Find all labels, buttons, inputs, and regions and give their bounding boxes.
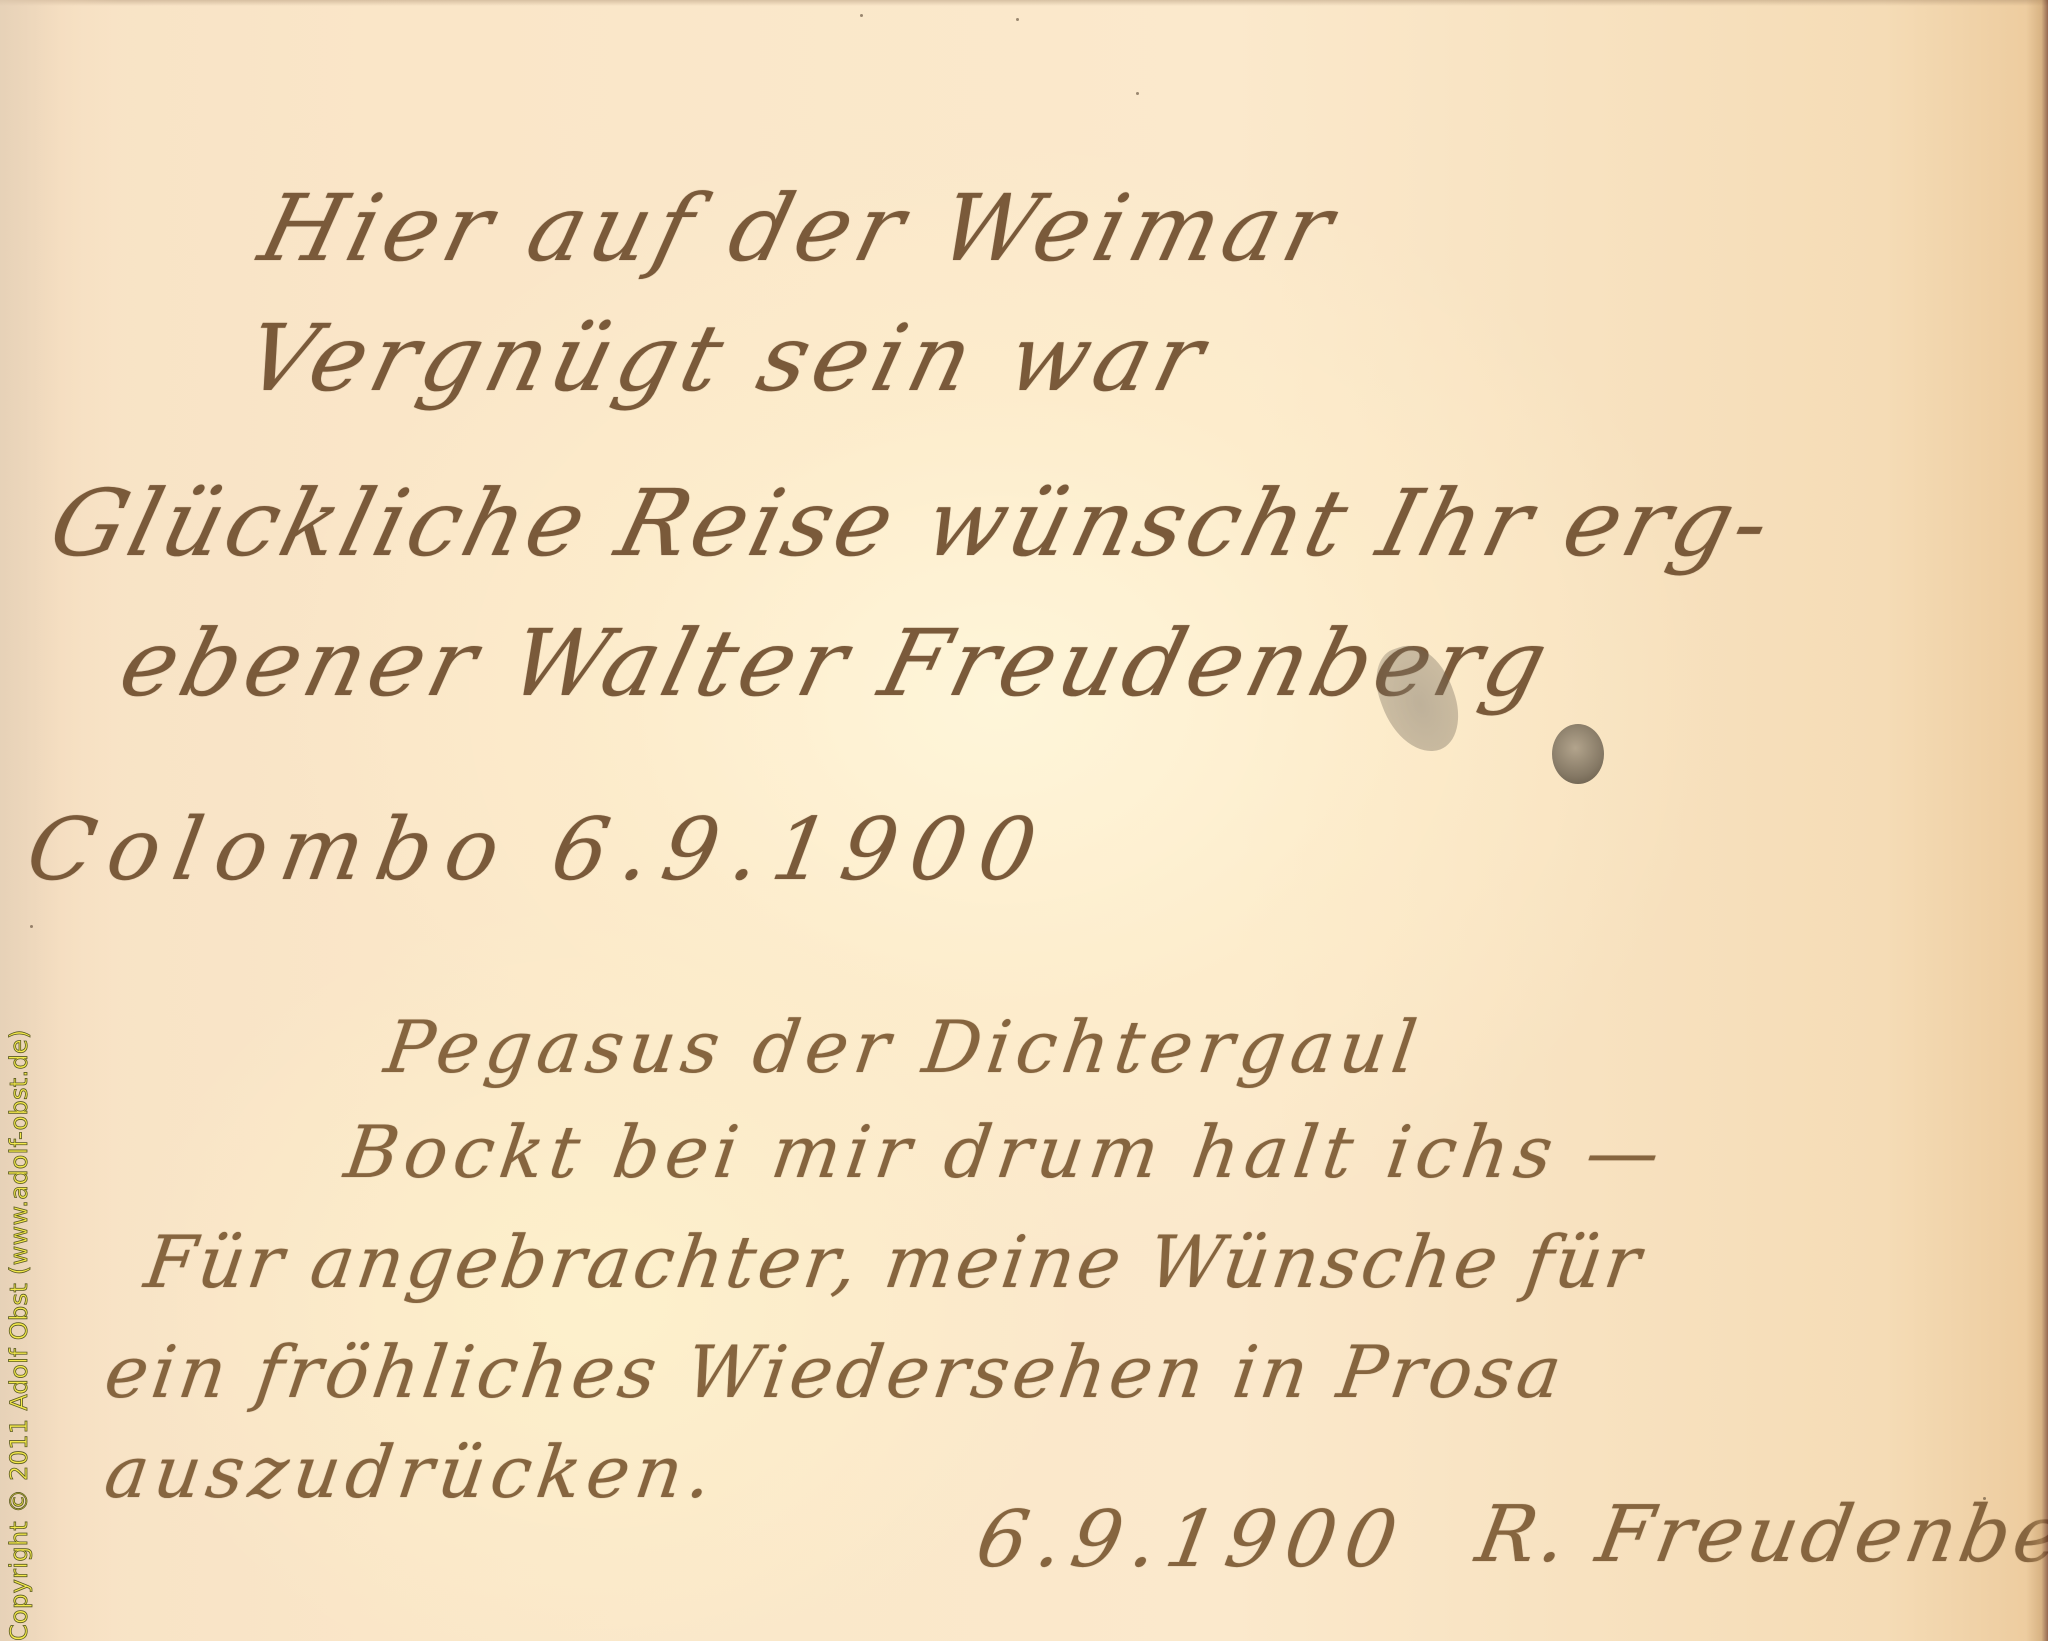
- entry1-line-3: Glückliche Reise wünscht Ihr erg-: [40, 470, 1784, 577]
- entry1-line-1: Hier auf der Weimar: [250, 175, 1349, 282]
- entry1-place-date: Colombo 6.9.1900: [20, 800, 1057, 900]
- entry2-line-2: Bockt bei mir drum halt ichs —: [340, 1110, 1671, 1194]
- ink-blot: [1552, 724, 1604, 784]
- entry2-signature: R. Freudenberg.: [1470, 1490, 2048, 1580]
- paper-speck: [860, 14, 863, 17]
- paper-speck: [1016, 18, 1019, 21]
- entry2-date: 6.9.1900: [970, 1495, 1413, 1585]
- entry2-line-4: ein fröhliches Wiedersehen in Prosa: [100, 1330, 1570, 1414]
- paper-speck: [1136, 92, 1139, 95]
- paper-speck: [1983, 1497, 1986, 1500]
- entry1-line-4: ebener Walter Freudenberg: [110, 610, 1562, 717]
- paper-speck: [30, 925, 33, 928]
- album-page: Hier auf der Weimar Vergnügt sein war Gl…: [0, 0, 2048, 1641]
- copyright-watermark: Copyright © 2011 Adolf Obst (www.adolf-o…: [4, 1021, 34, 1641]
- entry2-line-3: Für angebrachter, meine Wünsche für: [140, 1220, 1649, 1304]
- entry2-line-5: auszudrücken.: [100, 1430, 723, 1514]
- entry2-line-1: Pegasus der Dichtergaul: [380, 1005, 1428, 1089]
- entry1-line-2: Vergnügt sein war: [235, 305, 1220, 412]
